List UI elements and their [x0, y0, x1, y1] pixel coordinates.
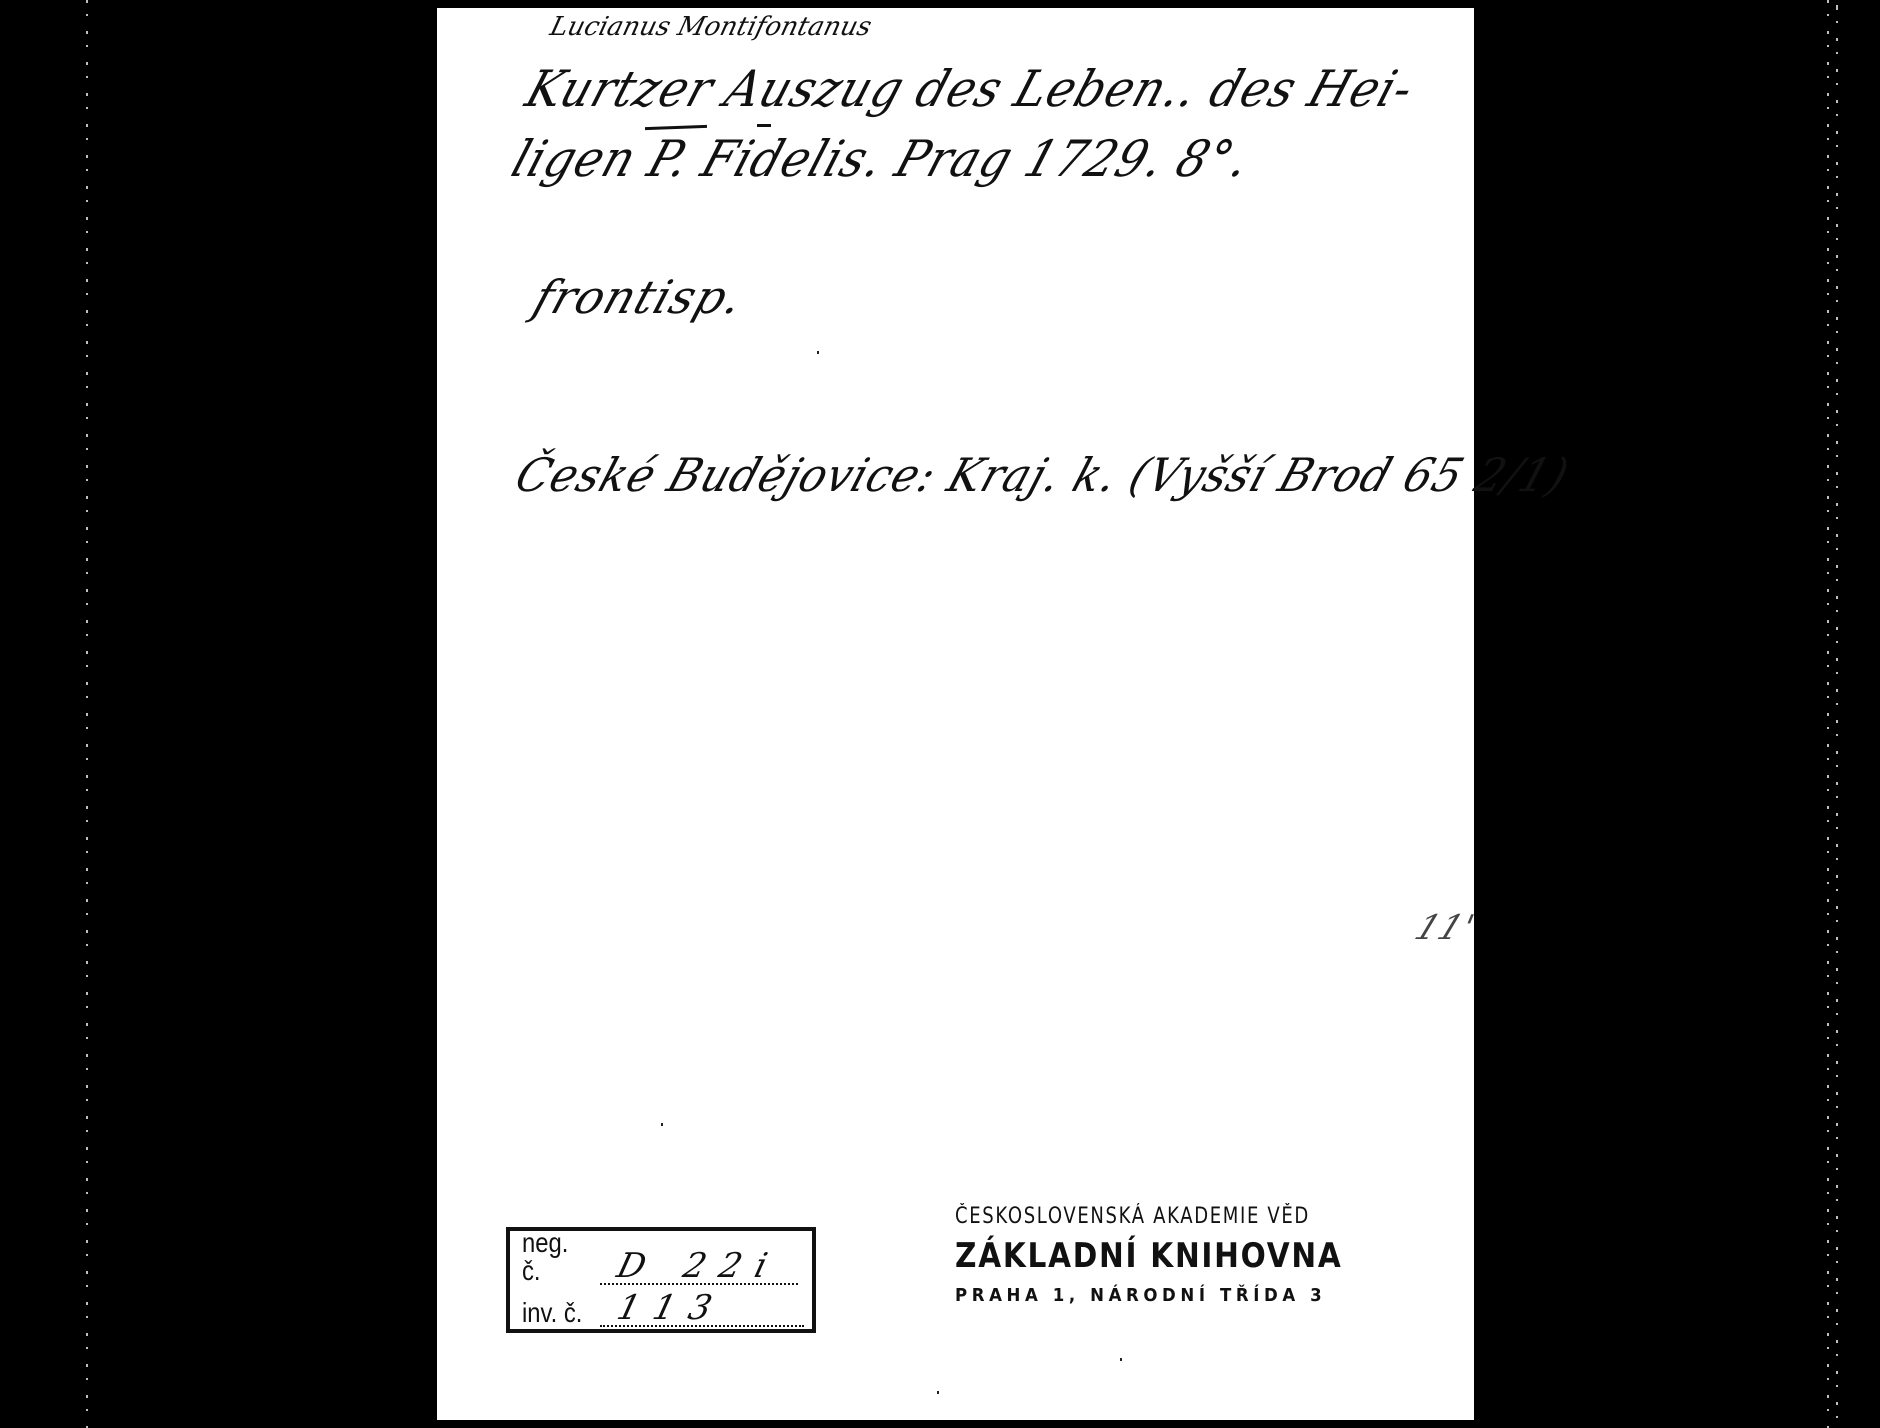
handwritten-location: České Budějovice: Kraj. k. (Vyšší Brod 6…: [509, 448, 1576, 502]
inv-label: inv. č.: [522, 1299, 587, 1327]
scan-speck: [661, 1123, 663, 1126]
inv-value: 113: [614, 1291, 729, 1325]
scan-speck: [817, 351, 819, 354]
library-stamp: ČESKOSLOVENSKÁ AKADEMIE VĚD ZÁKLADNÍ KNI…: [955, 1203, 1355, 1309]
margin-mark: 11': [1409, 908, 1481, 948]
inv-field: 113: [600, 1289, 804, 1327]
title-underline-short: [757, 124, 771, 127]
scan-guide-right-1: [1827, 0, 1829, 1428]
library-stamp-address: PRAHA 1, NÁRODNÍ TŘÍDA 3: [955, 1283, 1323, 1309]
library-stamp-name: ZÁKLADNÍ KNIHOVNA: [955, 1235, 1303, 1277]
inv-row: inv. č. 113: [522, 1287, 804, 1327]
catalog-card: Lucianus Montifontanus Kurtzer Auszug de…: [437, 8, 1474, 1420]
handwritten-title-line1: Kurtzer Auszug des Leben.. des Hei-: [519, 60, 1421, 118]
scan-speck: [1120, 1358, 1122, 1361]
scan-speck: [937, 1391, 939, 1394]
handwritten-author: Lucianus Montifontanus: [547, 12, 875, 42]
scan-guide-right-2: [1836, 0, 1838, 1428]
scan-guide-left: [86, 0, 88, 1428]
neg-label: neg. č.: [522, 1229, 587, 1285]
neg-row: neg. č. D 22i: [522, 1245, 798, 1285]
neg-field: D 22i: [600, 1247, 798, 1285]
handwritten-note: frontisp.: [527, 270, 751, 324]
registration-stamp: neg. č. D 22i inv. č. 113: [506, 1227, 816, 1333]
library-stamp-academy: ČESKOSLOVENSKÁ AKADEMIE VĚD: [955, 1203, 1283, 1231]
neg-value: D 22i: [614, 1249, 785, 1283]
handwritten-title-line2: ligen P. Fidelis. Prag 1729. 8°.: [505, 130, 1258, 188]
